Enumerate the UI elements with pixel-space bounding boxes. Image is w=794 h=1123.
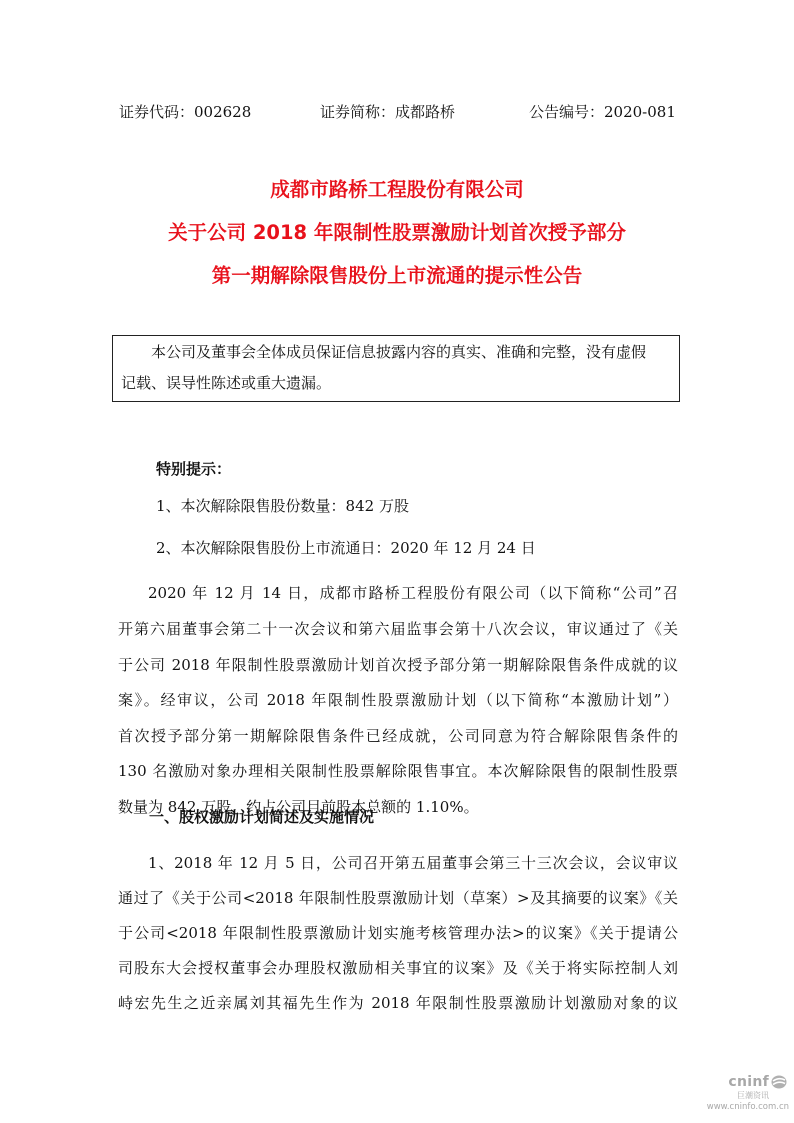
paragraph-line: 首次授予部分第一期解除限售条件已经成就，公司同意为符合解除限售条件的 <box>118 725 678 747</box>
stock-code: 证券代码：002628 <box>119 100 251 124</box>
section-heading: 一、股权激励计划简述及实施情况 <box>149 806 374 828</box>
cninfo-watermark: cninf 巨潮资讯 www.cninfo.com.cn <box>711 1074 791 1120</box>
watermark-chinese: 巨潮资讯 <box>737 1090 769 1101</box>
paragraph-line: 130 名激励对象办理相关限制性股票解除限售事宜。本次解除限售的限制性股票 <box>118 760 678 782</box>
disclaimer-box: 本公司及董事会全体成员保证信息披露内容的真实、准确和完整，没有虚假 记载、误导性… <box>112 335 680 402</box>
paragraph-line: 于公司 2018 年限制性股票激励计划首次授予部分第一期解除限售条件成就的议 <box>118 654 678 676</box>
disclaimer-line-2: 记载、误导性陈述或重大遗漏。 <box>121 373 331 393</box>
section-line: 通过了《关于公司<2018 年限制性股票激励计划（草案）>及其摘要的议案》《关 <box>118 887 678 909</box>
section-line: 司股东大会授权董事会办理股权激励相关事宜的议案》及《关于将实际控制人刘 <box>118 957 678 979</box>
special-note-item: 1、本次解除限售股份数量：842 万股 <box>156 495 409 517</box>
title-subject: 关于公司 2018 年限制性股票激励计划首次授予部分 <box>0 219 794 247</box>
document-header: 证券代码：002628 证券简称：成都路桥 公告编号：2020-081 <box>119 100 669 124</box>
section-line: 峙宏先生之近亲属刘其福先生作为 2018 年限制性股票激励计划激励对象的议 <box>118 992 678 1014</box>
paragraph-line: 2020 年 12 月 14 日，成都市路桥工程股份有限公司（以下简称“公司”召 <box>148 582 678 604</box>
paragraph-line: 开第六届董事会第二十一次会议和第六届监事会第十八次会议，审议通过了《关 <box>118 618 678 640</box>
special-note-item: 2、本次解除限售股份上市流通日：2020 年 12 月 24 日 <box>156 537 536 559</box>
stock-abbreviation: 证券简称：成都路桥 <box>320 100 455 124</box>
title-detail: 第一期解除限售股份上市流通的提示性公告 <box>0 262 794 290</box>
section-line: 1、2018 年 12 月 5 日，公司召开第五届董事会第三十三次会议，会议审议 <box>148 852 678 874</box>
watermark-url: www.cninfo.com.cn <box>707 1102 789 1112</box>
special-notes-heading: 特别提示： <box>156 458 231 480</box>
watermark-brand: cninf <box>728 1074 769 1090</box>
cninfo-logo-icon <box>771 1075 787 1089</box>
section-line: 于公司<2018 年限制性股票激励计划实施考核管理办法>的议案》《关于提请公 <box>118 922 678 944</box>
title-company: 成都市路桥工程股份有限公司 <box>0 176 794 204</box>
disclaimer-line-1: 本公司及董事会全体成员保证信息披露内容的真实、准确和完整，没有虚假 <box>151 342 646 362</box>
announcement-number: 公告编号：2020-081 <box>529 100 676 124</box>
paragraph-line: 案》。经审议，公司 2018 年限制性股票激励计划（以下简称“本激励计划”） <box>118 689 678 711</box>
